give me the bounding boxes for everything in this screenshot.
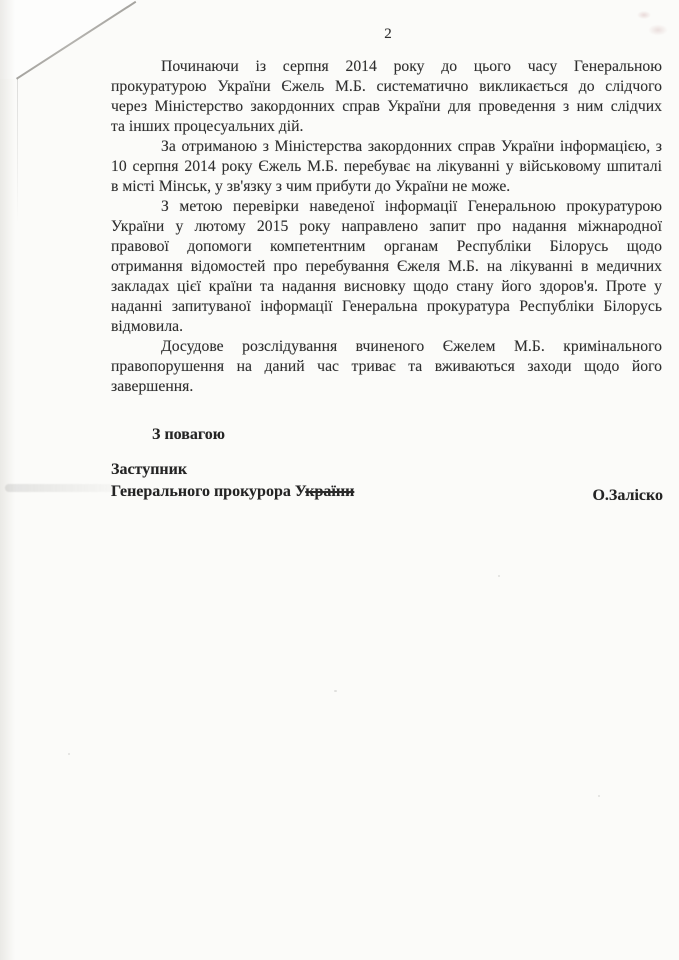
scanned-letter-page: 2 Починаючи із серпня 2014 року до цього… bbox=[0, 0, 679, 960]
signer-title-line2: Генерального прокурора України bbox=[111, 481, 358, 503]
page-number: 2 bbox=[370, 26, 406, 43]
body-line: України у лютому 2015 року направлено за… bbox=[111, 217, 662, 237]
body-line: Досудове розслідування вчиненого Єжелем … bbox=[111, 337, 662, 357]
body-line: отримання відомостей про перебування Єже… bbox=[111, 257, 662, 277]
scan-speck bbox=[68, 753, 70, 755]
signer-title-line1: Заступник bbox=[111, 459, 358, 481]
page-edge-crease-line bbox=[17, 79, 18, 224]
body-line: відмовила. bbox=[111, 317, 662, 337]
scan-smudge bbox=[626, 4, 678, 44]
letter-body: Починаючи із серпня 2014 року до цього ч… bbox=[111, 57, 662, 397]
body-line: завершення. bbox=[111, 377, 662, 397]
scan-speck bbox=[334, 690, 337, 692]
body-line: наданні запитуваної інформації Генеральн… bbox=[111, 297, 662, 317]
body-line: закладах цієї країни та надання висновку… bbox=[111, 277, 662, 297]
body-line: правопорушення на даний час триває та вж… bbox=[111, 357, 662, 377]
signer-name: О.Заліско bbox=[592, 487, 663, 505]
signature-stroke-over-text: країни bbox=[305, 483, 358, 500]
scan-speck bbox=[598, 795, 600, 797]
closing-salutation: З повагою bbox=[152, 426, 225, 444]
signer-title: Заступник Генерального прокурора України bbox=[111, 459, 358, 502]
left-edge-shadow bbox=[0, 0, 15, 960]
signer-title-line2-text: Генерального прокурора У bbox=[111, 483, 305, 500]
body-line: правової допомоги компетентним органам Р… bbox=[111, 237, 662, 257]
body-line: прокуратурою України Єжель М.Б. системат… bbox=[111, 77, 662, 97]
body-line: З метою перевірки наведеної інформації Г… bbox=[111, 197, 662, 217]
scan-speck bbox=[498, 575, 500, 577]
body-line: та інших процесуальних дій. bbox=[111, 117, 662, 137]
scan-streak bbox=[5, 484, 115, 492]
body-line: в місті Мінськ, у зв'язку з чим прибути … bbox=[111, 177, 662, 197]
body-line: За отриманою з Міністерства закордонних … bbox=[111, 137, 662, 157]
body-line: Починаючи із серпня 2014 року до цього ч… bbox=[111, 57, 662, 77]
body-line: 10 серпня 2014 року Єжель М.Б. перебуває… bbox=[111, 157, 662, 177]
body-line: через Міністерство закордонних справ Укр… bbox=[111, 97, 662, 117]
